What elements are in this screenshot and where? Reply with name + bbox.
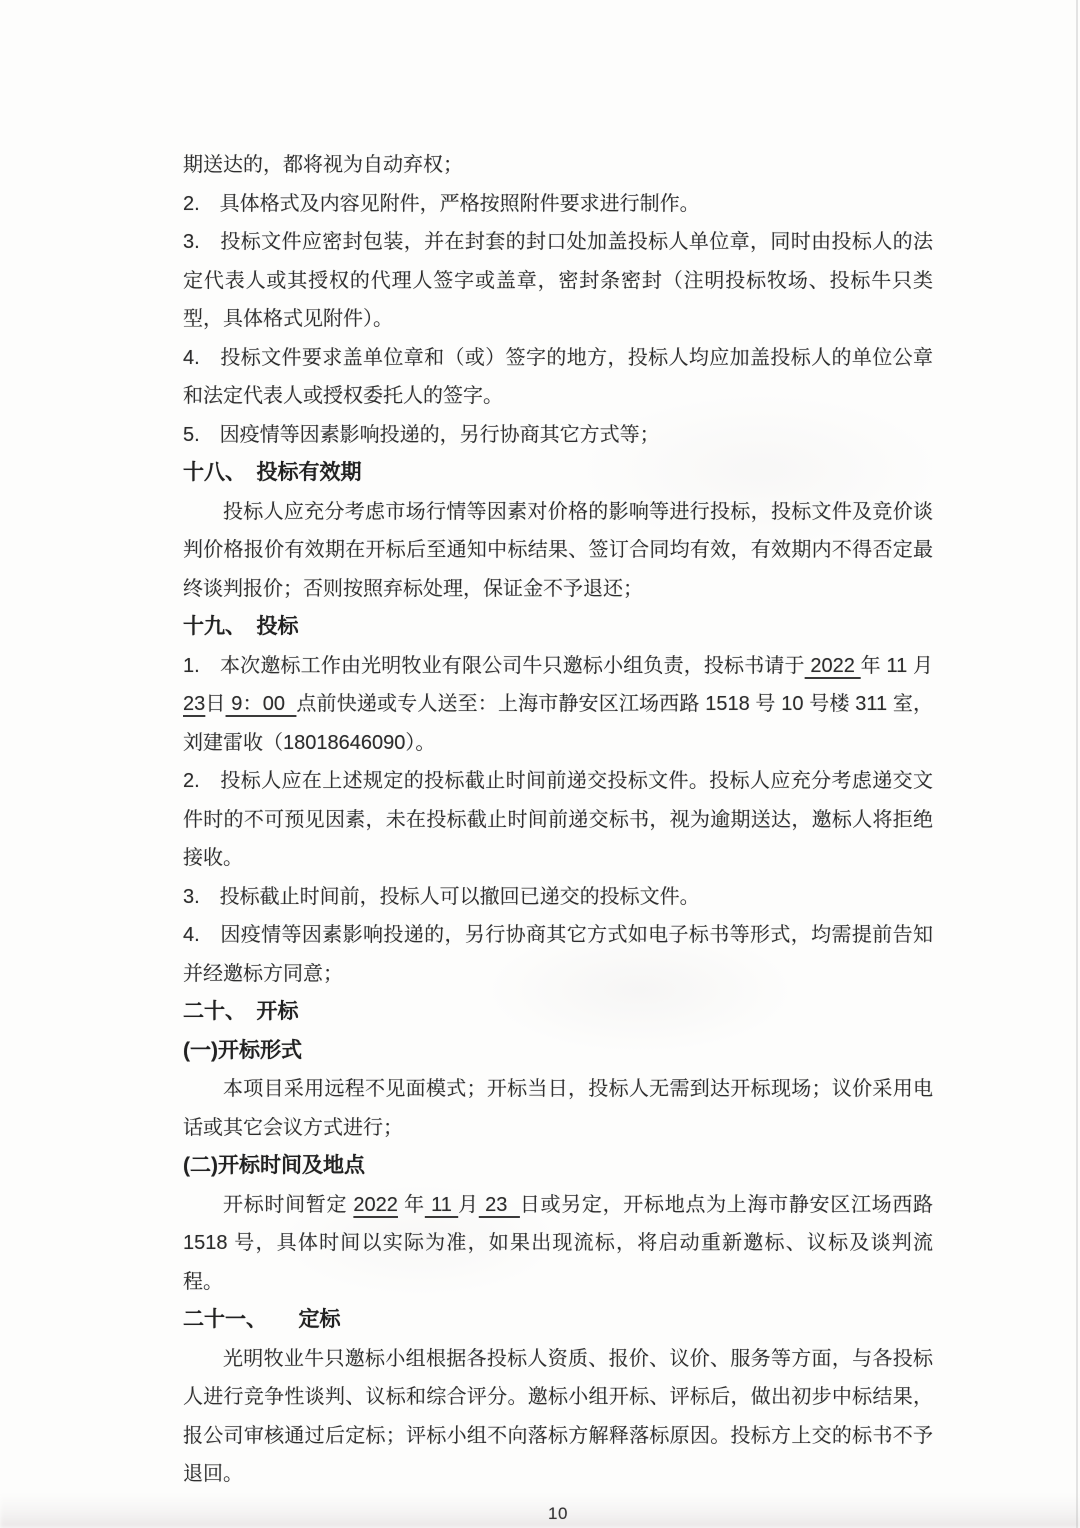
text-segment: 投标人应充分考虑市场行情等因素对价格的影响等进行投标，投标文件及竞价谈判价格报价… <box>183 501 933 600</box>
text-segment: 日 <box>205 693 225 715</box>
document-body: 期送达的，都将视为自动弃权；2. 具体格式及内容见附件，严格按照附件要求进行制作… <box>183 146 933 1494</box>
paragraph: 1. 本次邀标工作由光明牧业有限公司牛只邀标小组负责，投标书请于 2022 年 … <box>183 647 933 763</box>
text-segment: 二十一、 定标 <box>183 1308 341 1331</box>
text-segment: 期送达的，都将视为自动弃权； <box>183 154 463 176</box>
text-segment: 2. 具体格式及内容见附件，严格按照附件要求进行制作。 <box>183 193 700 215</box>
paragraph: 3. 投标文件应密封包装，并在封套的封口处加盖投标人单位章，同时由投标人的法定代… <box>183 223 933 339</box>
underlined-fill-in: 23 <box>479 1194 520 1216</box>
paragraph: 2. 具体格式及内容见附件，严格按照附件要求进行制作。 <box>183 185 933 224</box>
section-heading: (一)开标形式 <box>183 1032 933 1071</box>
paragraph: 2. 投标人应在上述规定的投标截止时间前递交投标文件。投标人应充分考虑递交文件时… <box>183 762 933 878</box>
section-heading: 二十一、 定标 <box>183 1301 933 1340</box>
text-segment: 3. 投标截止时间前，投标人可以撤回已递交的投标文件。 <box>183 886 700 908</box>
paragraph: 投标人应充分考虑市场行情等因素对价格的影响等进行投标，投标文件及竞价谈判价格报价… <box>183 493 933 609</box>
underlined-fill-in: 11 <box>425 1194 458 1216</box>
text-segment: (二)开标时间及地点 <box>183 1154 365 1177</box>
paragraph: 开标时间暂定 2022 年 11 月 23 日或另定，开标地点为上海市静安区江场… <box>183 1186 933 1302</box>
text-segment: 年 11 月 <box>861 655 933 677</box>
page-number: 10 <box>183 1495 933 1528</box>
text-segment: 4. 因疫情等因素影响投递的，另行协商其它方式如电子标书等形式，均需提前告知并经… <box>183 924 933 985</box>
text-segment: 二十、 开标 <box>183 1000 299 1023</box>
underlined-fill-in: 9：00 <box>226 693 297 715</box>
text-segment: 1. 本次邀标工作由光明牧业有限公司牛只邀标小组负责，投标书请于 <box>183 655 805 677</box>
scan-right-edge-line <box>1076 0 1078 1528</box>
text-segment: 年 <box>398 1194 425 1216</box>
text-segment: 开标时间暂定 <box>223 1194 353 1216</box>
paragraph: 4. 因疫情等因素影响投递的，另行协商其它方式如电子标书等形式，均需提前告知并经… <box>183 916 933 993</box>
text-segment: 点前快递或专人送至：上海市静安区江场西路 1518 号 10 号楼 311 室，… <box>183 693 933 754</box>
text-segment: 月 <box>458 1194 479 1216</box>
text-segment: 十八、 投标有效期 <box>183 461 362 484</box>
text-segment: 2. 投标人应在上述规定的投标截止时间前递交投标文件。投标人应充分考虑递交文件时… <box>183 770 933 869</box>
text-segment: (一)开标形式 <box>183 1039 302 1062</box>
paragraph: 期送达的，都将视为自动弃权； <box>183 146 933 185</box>
section-heading: 十八、 投标有效期 <box>183 454 933 493</box>
underlined-fill-in: 2022 <box>805 655 861 677</box>
text-segment: 本项目采用远程不见面模式；开标当日，投标人无需到达开标现场；议价采用电话或其它会… <box>183 1078 933 1139</box>
section-heading: 二十、 开标 <box>183 993 933 1032</box>
paragraph: 光明牧业牛只邀标小组根据各投标人资质、报价、议价、服务等方面，与各投标人进行竞争… <box>183 1340 933 1494</box>
paragraph: 本项目采用远程不见面模式；开标当日，投标人无需到达开标现场；议价采用电话或其它会… <box>183 1070 933 1147</box>
section-heading: (二)开标时间及地点 <box>183 1147 933 1186</box>
text-segment: 5. 因疫情等因素影响投递的，另行协商其它方式等； <box>183 424 660 446</box>
paragraph: 5. 因疫情等因素影响投递的，另行协商其它方式等； <box>183 416 933 455</box>
paragraph: 4. 投标文件要求盖单位章和（或）签字的地方，投标人均应加盖投标人的单位公章和法… <box>183 339 933 416</box>
underlined-fill-in: 2022 <box>353 1194 398 1216</box>
underlined-fill-in: 23 <box>183 693 205 715</box>
text-segment: 十九、 投标 <box>183 615 299 638</box>
section-heading: 十九、 投标 <box>183 608 933 647</box>
text-segment: 3. 投标文件应密封包装，并在封套的封口处加盖投标人单位章，同时由投标人的法定代… <box>183 231 933 330</box>
text-segment: 光明牧业牛只邀标小组根据各投标人资质、报价、议价、服务等方面，与各投标人进行竞争… <box>183 1348 933 1486</box>
text-segment: 4. 投标文件要求盖单位章和（或）签字的地方，投标人均应加盖投标人的单位公章和法… <box>183 347 933 408</box>
document-page: 期送达的，都将视为自动弃权；2. 具体格式及内容见附件，严格按照附件要求进行制作… <box>183 146 933 1528</box>
paragraph: 3. 投标截止时间前，投标人可以撤回已递交的投标文件。 <box>183 878 933 917</box>
